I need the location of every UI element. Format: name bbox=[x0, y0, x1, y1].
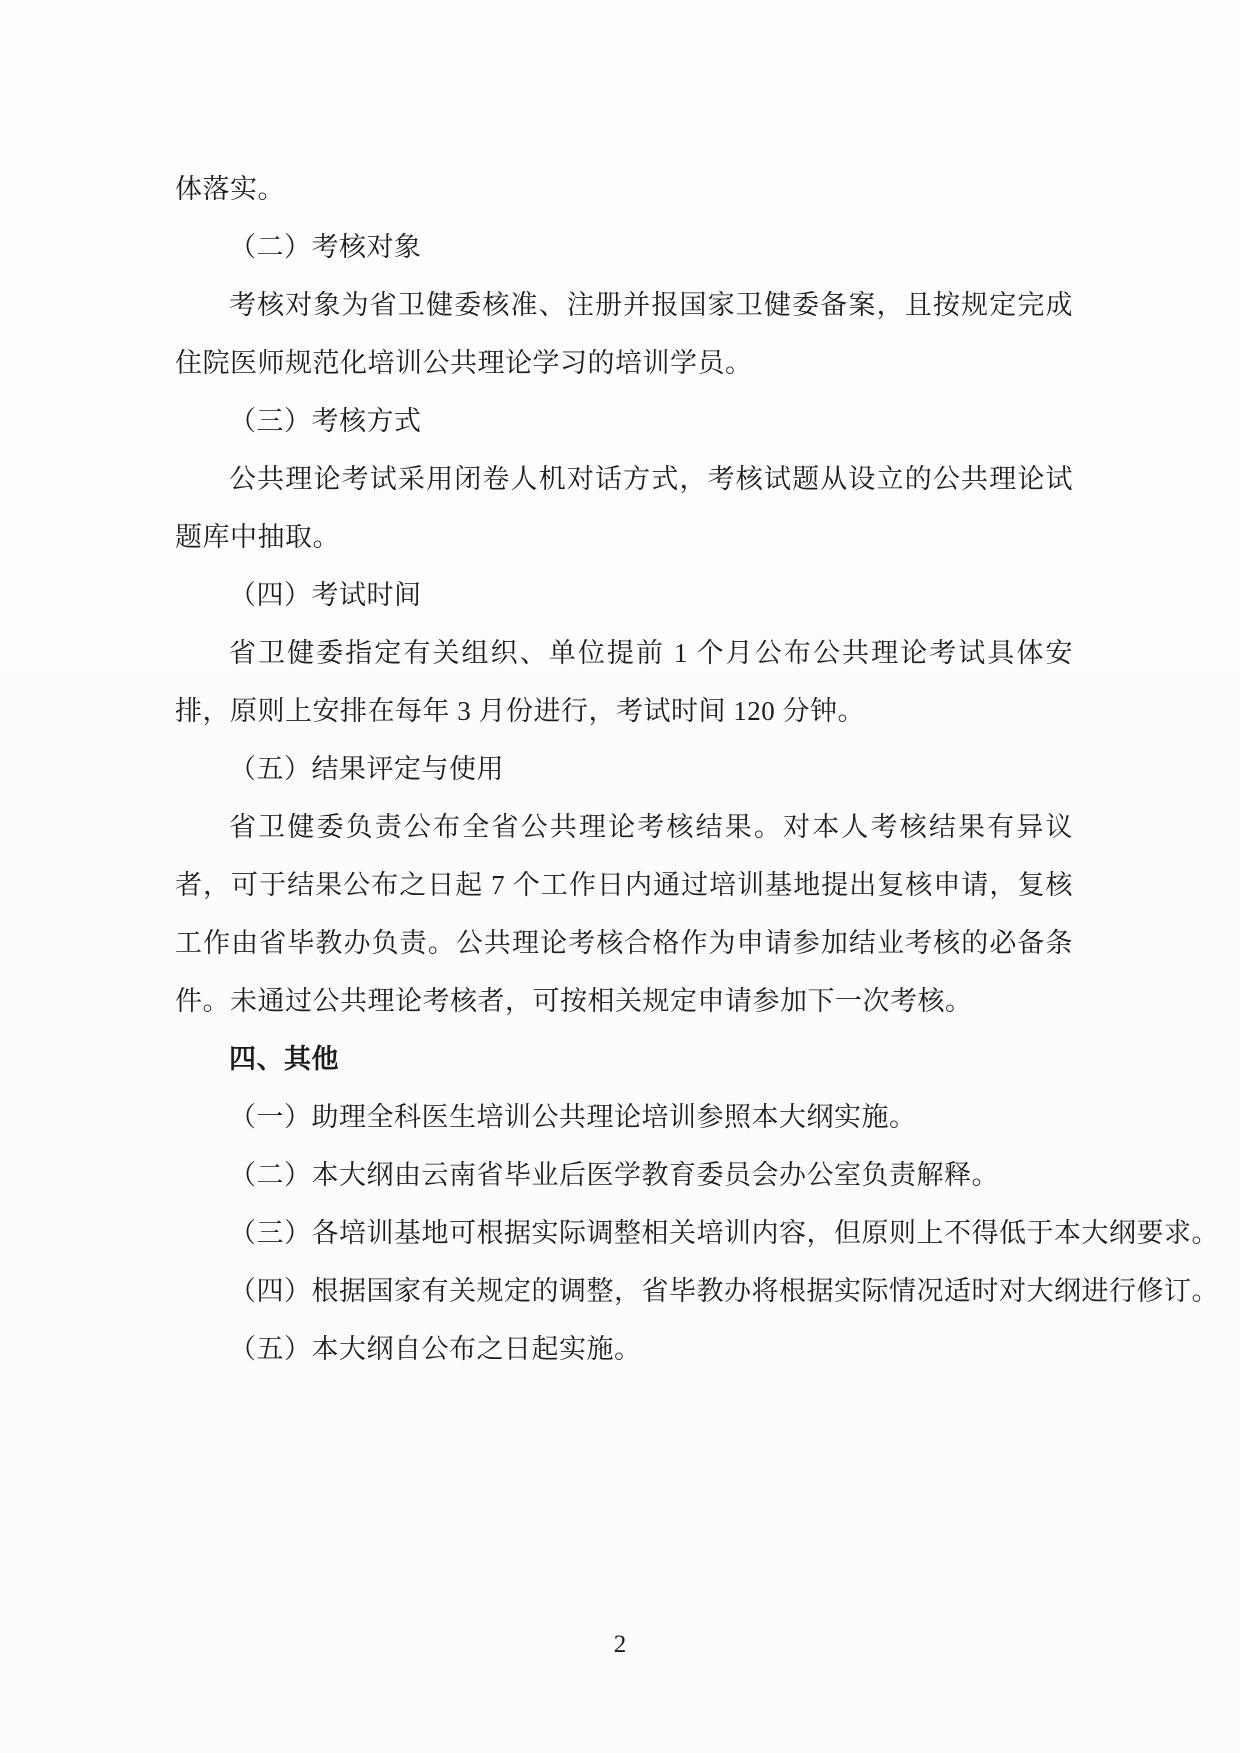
subheading-assessment-target: （二）考核对象 bbox=[175, 218, 1073, 276]
list-item-3: （三）各培训基地可根据实际调整相关培训内容，但原则上不得低于本大纲要求。 bbox=[175, 1204, 1073, 1262]
paragraph-assessment-method: 公共理论考试采用闭卷人机对话方式，考核试题从设立的公共理论试题库中抽取。 bbox=[175, 450, 1073, 566]
paragraph-exam-time: 省卫健委指定有关组织、单位提前 1 个月公布公共理论考试具体安排，原则上安排在每… bbox=[175, 624, 1073, 740]
list-item-4: （四）根据国家有关规定的调整，省毕教办将根据实际情况适时对大纲进行修订。 bbox=[175, 1262, 1073, 1320]
subheading-assessment-method: （三）考核方式 bbox=[175, 392, 1073, 450]
paragraph-result-evaluation: 省卫健委负责公布全省公共理论考核结果。对本人考核结果有异议者，可于结果公布之日起… bbox=[175, 798, 1073, 1030]
list-item-2: （二）本大纲由云南省毕业后医学教育委员会办公室负责解释。 bbox=[175, 1146, 1073, 1204]
continuation-line: 体落实。 bbox=[175, 160, 1073, 218]
page-number: 2 bbox=[0, 1630, 1240, 1660]
paragraph-assessment-target: 考核对象为省卫健委核准、注册并报国家卫健委备案，且按规定完成住院医师规范化培训公… bbox=[175, 276, 1073, 392]
list-item-5: （五）本大纲自公布之日起实施。 bbox=[175, 1320, 1073, 1378]
list-item-1: （一）助理全科医生培训公共理论培训参照本大纲实施。 bbox=[175, 1088, 1073, 1146]
document-text-block: 体落实。 （二）考核对象 考核对象为省卫健委核准、注册并报国家卫健委备案，且按规… bbox=[175, 160, 1073, 1378]
document-page: 体落实。 （二）考核对象 考核对象为省卫健委核准、注册并报国家卫健委备案，且按规… bbox=[0, 0, 1240, 1753]
subheading-result-evaluation: （五）结果评定与使用 bbox=[175, 740, 1073, 798]
subheading-exam-time: （四）考试时间 bbox=[175, 566, 1073, 624]
section-heading-others: 四、其他 bbox=[175, 1030, 1073, 1088]
